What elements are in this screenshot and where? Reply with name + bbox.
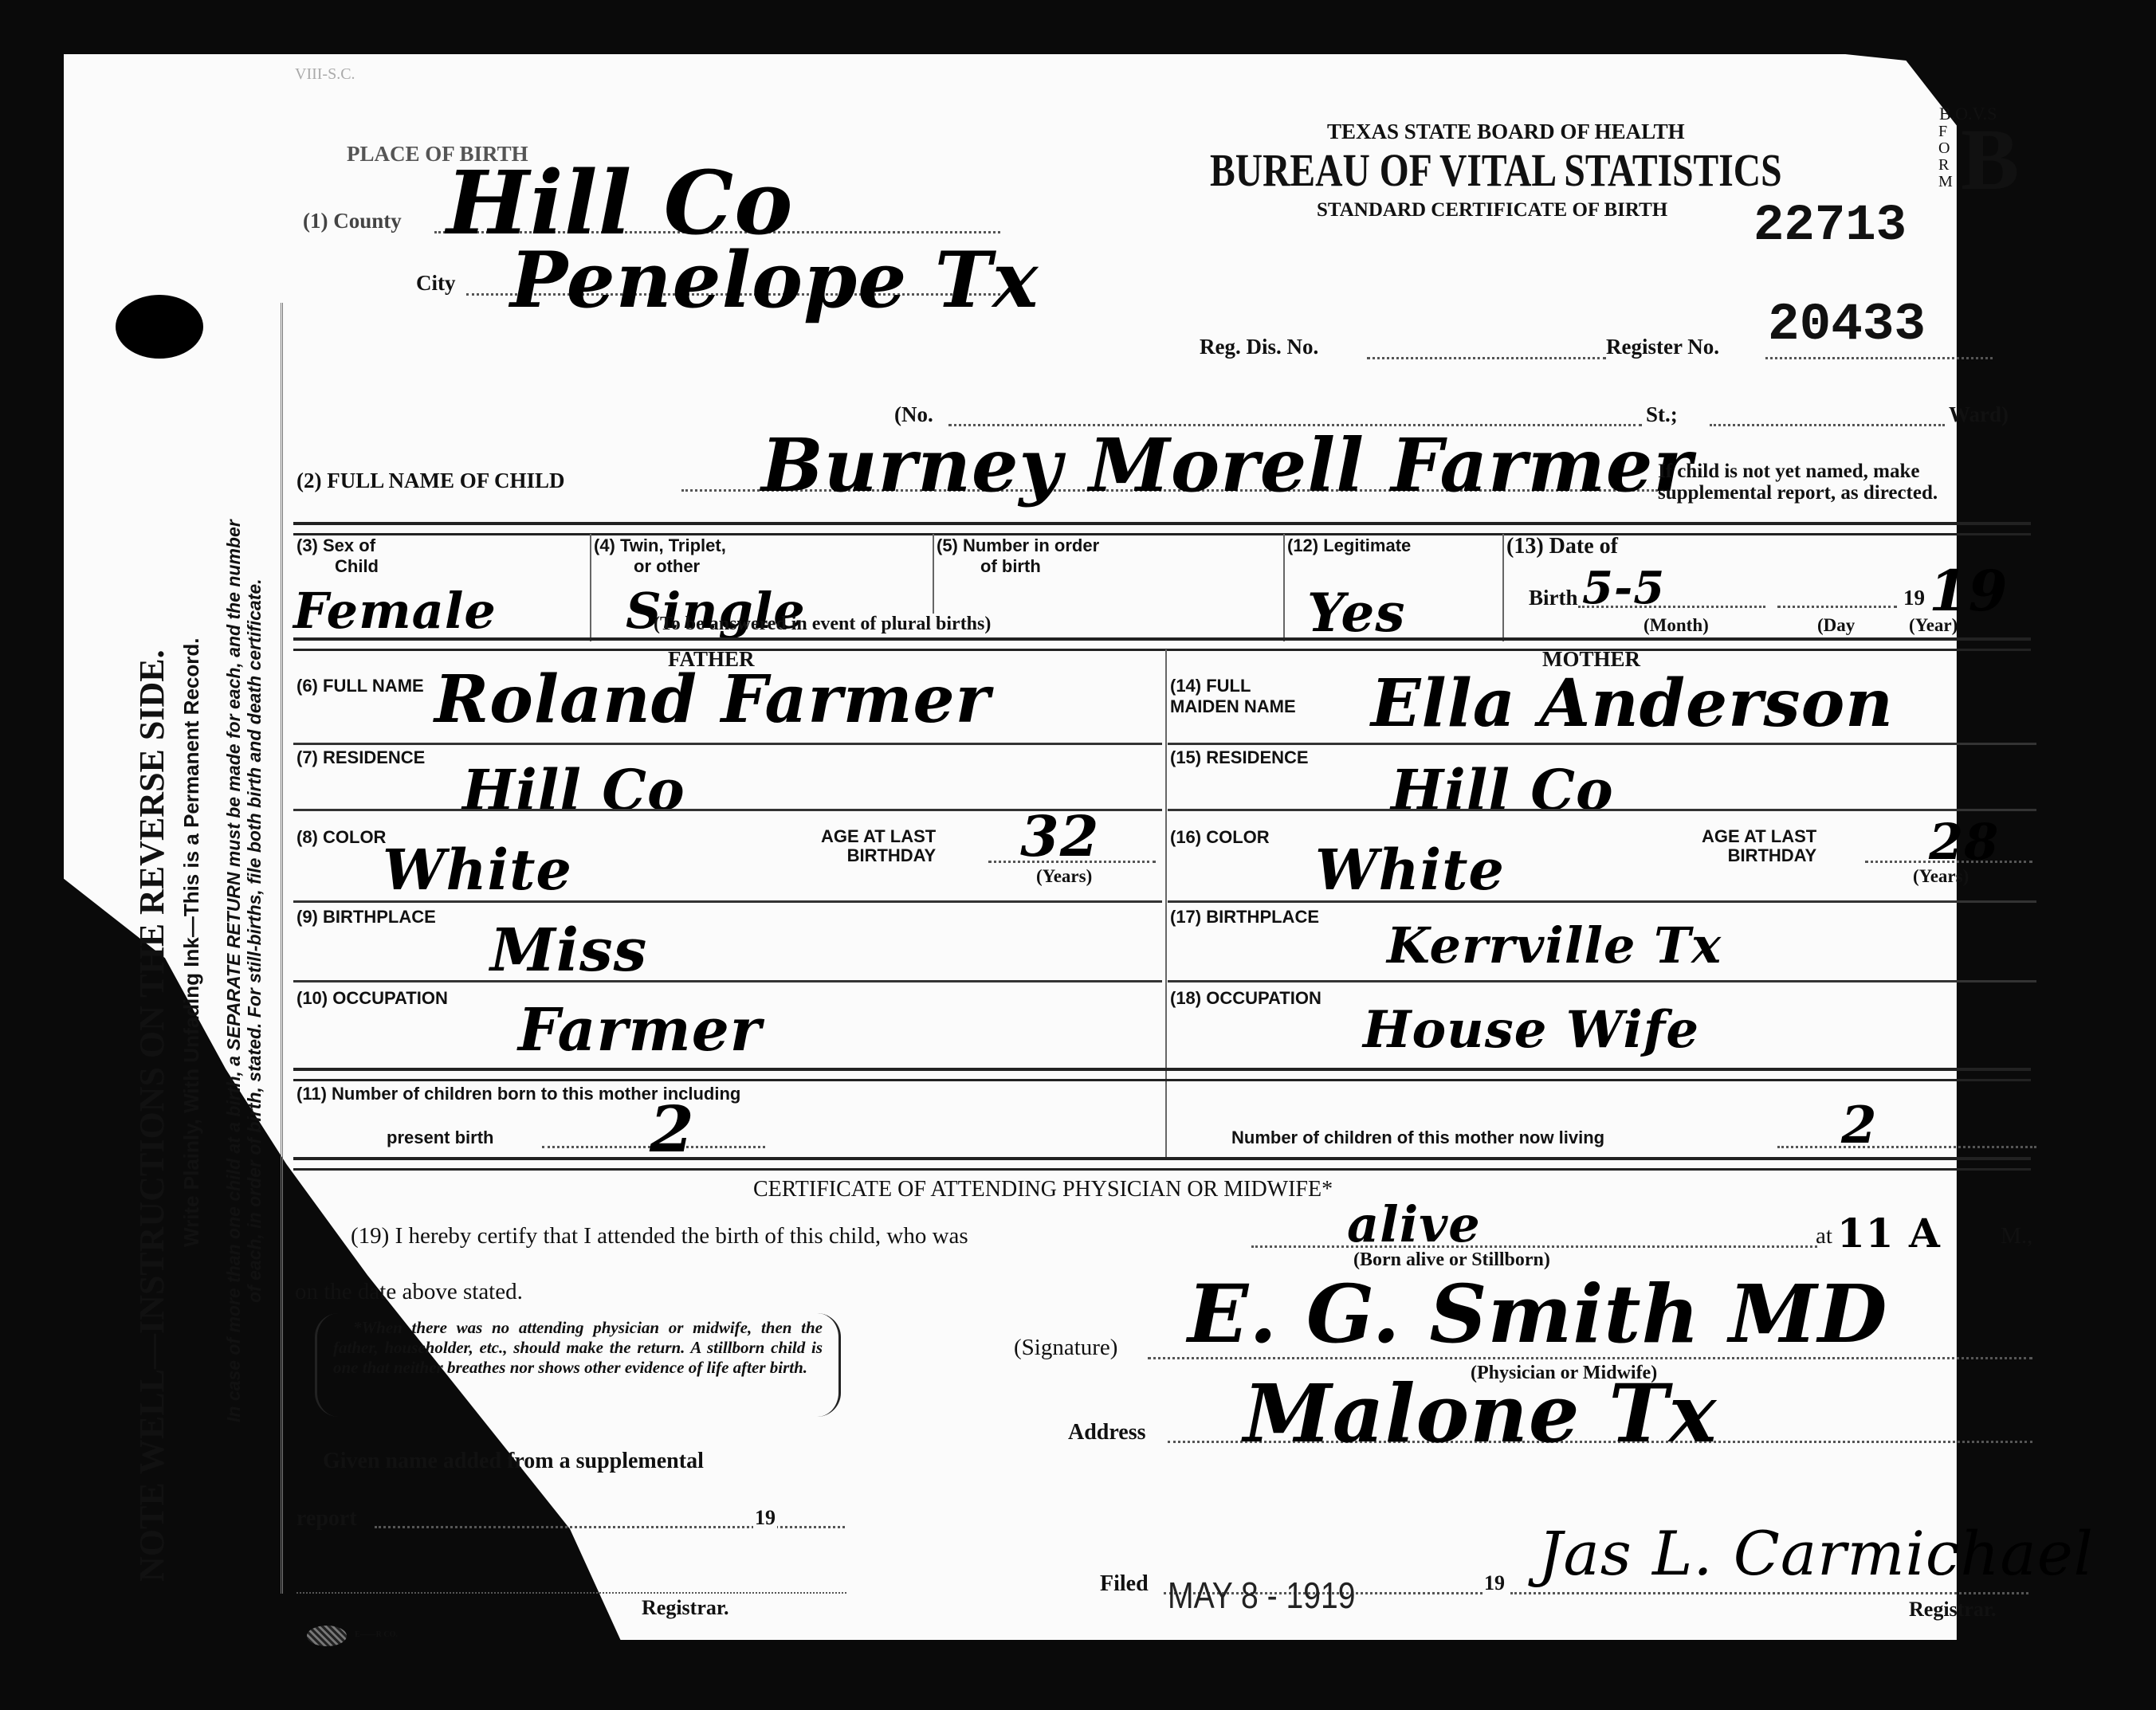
left-border-rule bbox=[281, 303, 283, 1594]
father-age-label-2: BIRTHDAY bbox=[847, 845, 937, 865]
parents-center-divider bbox=[1165, 649, 1167, 1159]
order-label-2: of birth bbox=[937, 556, 1041, 576]
mother-age-label: AGE AT LASTBIRTHDAY bbox=[1702, 827, 1816, 865]
mother-residence-value[interactable]: Hill Co bbox=[1391, 757, 1614, 823]
sex-label-1: (3) Sex of bbox=[296, 535, 375, 555]
mother-name-value[interactable]: Ella Anderson bbox=[1371, 665, 1894, 742]
father-name-value[interactable]: Roland Farmer bbox=[434, 661, 991, 738]
footnote-box: *When there was no attending physician o… bbox=[315, 1313, 841, 1417]
section-divider-1 bbox=[293, 522, 2031, 535]
mother-residence-label: (15) RESIDENCE bbox=[1170, 747, 1309, 768]
agency-title: TEXAS STATE BOARD OF HEALTH bbox=[1327, 120, 1685, 144]
legitimate-label: (12) Legitimate bbox=[1287, 535, 1411, 556]
ward-field-line bbox=[1710, 424, 1945, 426]
form-badge-letter: B bbox=[1961, 120, 2019, 199]
father-residence-label: (7) RESIDENCE bbox=[296, 747, 425, 768]
date-year-prefix: 19 bbox=[1903, 586, 1925, 610]
mother-occupation-label: (18) OCCUPATION bbox=[1170, 988, 1321, 1009]
col-divider-4 bbox=[590, 534, 591, 641]
mother-occupation-value[interactable]: House Wife bbox=[1363, 1000, 1699, 1060]
date-above-stated: on the date above stated. bbox=[295, 1279, 523, 1305]
margin-case-note-2: of each, in order of birth, stated. For … bbox=[244, 578, 265, 1303]
mother-row-line-1 bbox=[1168, 743, 2036, 745]
father-occupation-label: (10) OCCUPATION bbox=[296, 988, 448, 1009]
mother-birthplace-label: (17) BIRTHPLACE bbox=[1170, 907, 1319, 928]
ward-label: Ward) bbox=[1949, 402, 2009, 427]
ink-blot bbox=[116, 295, 203, 359]
father-row-line-3 bbox=[293, 900, 1162, 903]
mother-age-caption: (Years) bbox=[1913, 866, 1969, 887]
father-color-value[interactable]: White bbox=[383, 837, 572, 903]
mother-row-line-3 bbox=[1168, 900, 2036, 903]
children-living-value[interactable]: 2 bbox=[1841, 1096, 1878, 1155]
registrar-signature[interactable]: Jas L. Carmichael bbox=[1538, 1518, 2094, 1589]
address-label: Address bbox=[1068, 1420, 1146, 1445]
day-caption: (Day bbox=[1817, 615, 1855, 636]
sex-label-2: Child bbox=[296, 556, 379, 576]
mother-color-label: (16) COLOR bbox=[1170, 827, 1270, 848]
margin-write-plainly: Write Plainly, With Unfading Ink—This is… bbox=[179, 638, 204, 1248]
date-birth-label: Birth bbox=[1529, 586, 1578, 610]
at-label: at bbox=[1816, 1223, 1832, 1249]
mother-color-value[interactable]: White bbox=[1315, 837, 1505, 903]
certify-text: (19) I hereby certify that I attended th… bbox=[351, 1223, 968, 1249]
child-name-label: (2) FULL NAME OF CHILD bbox=[296, 469, 565, 493]
county-label: (1) County bbox=[303, 209, 402, 233]
father-residence-value[interactable]: Hill Co bbox=[462, 757, 685, 823]
margin-note-well: NOTE WELL—INSTRUCTIONS ON THE REVERSE SI… bbox=[132, 649, 172, 1582]
father-age-label: AGE AT LASTBIRTHDAY bbox=[821, 827, 936, 865]
order-label: (5) Number in orderof birth bbox=[937, 535, 1099, 577]
sex-value[interactable]: Female bbox=[293, 582, 497, 640]
mother-row-line-2 bbox=[1168, 809, 2036, 811]
certificate-number: 22713 bbox=[1753, 198, 1907, 255]
register-label: Register No. bbox=[1606, 335, 1719, 359]
section-divider-2 bbox=[293, 637, 2031, 651]
supplemental-registrar-line bbox=[296, 1592, 846, 1594]
month-caption: (Month) bbox=[1644, 615, 1709, 636]
printer-mark: E——R CO. bbox=[355, 1630, 398, 1639]
legitimate-value[interactable]: Yes bbox=[1307, 582, 1406, 644]
filed-year-prefix: 19 bbox=[1484, 1571, 1505, 1595]
alive-field-line bbox=[1251, 1245, 1817, 1248]
children-born-value[interactable]: 2 bbox=[650, 1092, 695, 1167]
col-divider-12 bbox=[1283, 534, 1285, 641]
certificate-type: STANDARD CERTIFICATE OF BIRTH bbox=[1317, 199, 1667, 222]
children-living-line bbox=[1777, 1146, 2036, 1148]
date-year-value[interactable]: 19 bbox=[1929, 558, 2008, 624]
father-age-label-1: AGE AT LAST bbox=[821, 826, 936, 846]
physician-heading: CERTIFICATE OF ATTENDING PHYSICIAN OR MI… bbox=[753, 1177, 1333, 1202]
alive-value[interactable]: alive bbox=[1347, 1195, 1481, 1253]
time-value[interactable]: 11 A bbox=[1837, 1210, 1941, 1257]
filed-registrar-label: Registrar. bbox=[1909, 1598, 1997, 1622]
signature-value[interactable]: E. G. Smith MD bbox=[1188, 1267, 1887, 1361]
father-name-label: (6) FULL NAME bbox=[296, 676, 424, 696]
printer-seal-icon bbox=[307, 1626, 347, 1646]
father-birthplace-value[interactable]: Miss bbox=[490, 916, 647, 985]
mother-age-label-1: AGE AT LAST bbox=[1702, 826, 1816, 846]
m-label: M., bbox=[2001, 1223, 2032, 1249]
mother-age-value[interactable]: 28 bbox=[1929, 813, 1999, 871]
child-name-note-2: supplemental report, as directed. bbox=[1658, 482, 1938, 504]
mother-row-line-4 bbox=[1168, 980, 2036, 982]
form-code: VIII-S.C. bbox=[295, 65, 355, 84]
reg-dis-field-line bbox=[1367, 357, 1606, 359]
mother-birthplace-value[interactable]: Kerrville Tx bbox=[1387, 916, 1722, 975]
father-age-value[interactable]: 32 bbox=[1020, 803, 1099, 869]
section-divider-3 bbox=[293, 1068, 2031, 1081]
register-field-line bbox=[1765, 357, 1993, 359]
present-birth-label: present birth bbox=[387, 1128, 493, 1148]
form-badge-side: FORM bbox=[1938, 124, 1951, 190]
address-value[interactable]: Malone Tx bbox=[1243, 1367, 1717, 1461]
supplemental-year-prefix: 19 bbox=[753, 1506, 777, 1530]
filed-stamp: MAY 8 - 1919 bbox=[1168, 1574, 1355, 1617]
father-row-line-4 bbox=[293, 980, 1162, 982]
city-value[interactable]: Penelope Tx bbox=[510, 235, 1039, 325]
supplemental-text: Given name added from a supplemental bbox=[323, 1449, 704, 1474]
child-name-note-1: If child is not yet named, make bbox=[1658, 461, 1919, 483]
signature-label: (Signature) bbox=[1014, 1335, 1117, 1361]
father-occupation-value[interactable]: Farmer bbox=[518, 996, 762, 1065]
father-age-caption: (Years) bbox=[1036, 866, 1092, 887]
date-day-line bbox=[1777, 606, 1897, 608]
mother-age-label-2: BIRTHDAY bbox=[1728, 845, 1817, 865]
city-label: City bbox=[416, 271, 456, 296]
twin-label: (4) Twin, Triplet,or other bbox=[594, 535, 726, 577]
sex-label: (3) Sex ofChild bbox=[296, 535, 379, 577]
mother-name-label: (14) FULL MAIDEN NAME bbox=[1170, 676, 1298, 717]
col-divider-5 bbox=[933, 534, 934, 614]
col-divider-13 bbox=[1502, 534, 1504, 641]
filed-registrar-line bbox=[1510, 1592, 2028, 1594]
plural-births-note: (To be answered in event of plural birth… bbox=[654, 614, 991, 635]
filed-label: Filed bbox=[1100, 1571, 1149, 1597]
twin-label-1: (4) Twin, Triplet, bbox=[594, 535, 726, 555]
supplemental-report-label: report bbox=[296, 1506, 357, 1532]
date-of-birth-label: (13) Date of bbox=[1506, 534, 1618, 559]
bureau-title: BUREAU OF VITAL STATISTICS bbox=[1210, 143, 1782, 197]
register-value[interactable]: 20433 bbox=[1768, 295, 1926, 355]
year-caption: (Year) bbox=[1909, 615, 1958, 636]
father-birthplace-label: (9) BIRTHPLACE bbox=[296, 907, 436, 928]
reg-dis-label: Reg. Dis. No. bbox=[1200, 335, 1318, 359]
margin-case-note-1: In case of more than one child at a birt… bbox=[223, 520, 245, 1422]
father-row-line-1 bbox=[293, 743, 1162, 745]
footnote-text: *When there was no attending physician o… bbox=[333, 1313, 823, 1378]
twin-label-2: or other bbox=[594, 556, 700, 576]
date-month-value[interactable]: 5-5 bbox=[1582, 562, 1665, 614]
supplemental-registrar-label: Registrar. bbox=[642, 1596, 729, 1620]
children-living-label: Number of children of this mother now li… bbox=[1231, 1128, 1604, 1148]
order-label-1: (5) Number in order bbox=[937, 535, 1099, 555]
section-divider-4 bbox=[293, 1157, 2031, 1171]
child-name-value[interactable]: Burney Morell Farmer bbox=[761, 422, 1693, 508]
father-color-label: (8) COLOR bbox=[296, 827, 386, 848]
